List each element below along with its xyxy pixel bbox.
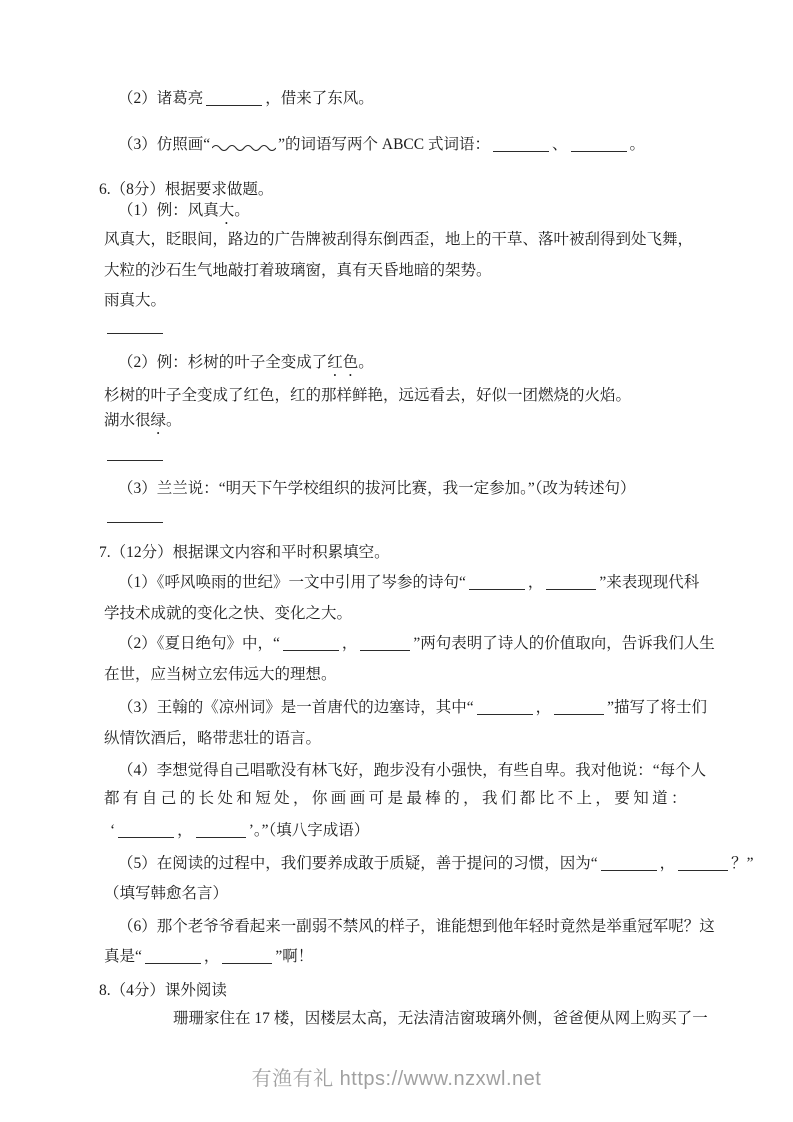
q6-item-2: （2）例：杉树的叶子全变成了红色。: [118, 352, 374, 380]
answer-blank: [678, 856, 728, 871]
text-segment: 纵情饮酒后，略带悲壮的语言。: [104, 730, 321, 747]
wavy-underline-blank: [212, 136, 276, 158]
text-segment: （2）例：杉树的叶子全变成了: [118, 354, 327, 371]
q7-item-2: （2）《夏日绝句》中，“，”两句表明了诗人的价值取向，告诉我们人生: [118, 633, 715, 655]
q7-item-1-continued: 学技术成就的变化之快、变化之大。: [104, 603, 352, 625]
q7-item-3: （3）王翰的《凉州词》是一首唐代的边塞诗，其中“，”描写了将士们: [118, 697, 707, 719]
text-segment: ’。”（填八字成语）: [249, 822, 370, 839]
text-segment: 都有自己的长处和短处，你画画可是最棒的，我们都比不上，要知道：: [104, 790, 690, 807]
q8-reading-passage-line: 珊珊家住在 17 楼，因楼层太高，无法清洁窗玻璃外侧，爸爸便从网上购买了一: [173, 1008, 708, 1030]
answer-blank: [477, 700, 533, 715]
q7-item-4-answer-line: ‘，’。”（填八字成语）: [110, 820, 369, 842]
q7-item-4: （4）李想觉得自己唱歌没有林飞好，跑步没有小强快，有些自卑。我对他说：“每个人: [118, 760, 706, 782]
text-segment: 珊珊家住在 17 楼，因楼层太高，无法清洁窗玻璃外侧，爸爸便从网上购买了一: [173, 1010, 708, 1027]
answer-blank: [145, 949, 201, 964]
q7-item-4-continued: 都有自己的长处和短处，你画画可是最棒的，我们都比不上，要知道：: [104, 788, 690, 810]
q7-item-5: （5）在阅读的过程中，我们要养成敢于质疑，善于提问的习惯，因为“，？”: [118, 853, 754, 875]
answer-blank: [571, 137, 627, 152]
q6-example-paragraph-line: 大粒的沙石生气地敲打着玻璃窗，真有天昏地暗的架势。: [104, 260, 492, 282]
text-segment: ，: [528, 574, 544, 591]
text-segment: ‘: [110, 822, 115, 839]
exam-page: （2）诸葛亮，借来了东风。 （3）仿照画“”的词语写两个 ABCC 式词语：、。…: [0, 0, 793, 1122]
text-segment: ”来表现现代科: [599, 574, 699, 591]
q6-answer-line: [104, 505, 166, 527]
answer-blank: [601, 856, 657, 871]
q8-header: 8.（4分）课外阅读: [99, 980, 227, 1002]
q7-item-2-continued: 在世，应当树立宏伟远大的理想。: [104, 664, 337, 686]
answer-blank: [222, 949, 272, 964]
question-number-text: 6.（8分）根据要求做题。: [99, 181, 273, 198]
emphasized-char: 绿: [151, 412, 167, 429]
text-segment: ”啊！: [275, 948, 313, 965]
text-segment: （3）兰兰说：“明天下午学校组织的拔河比赛，我一定参加。”（改为转述句）: [118, 480, 636, 497]
q6-answer-line: [104, 443, 166, 465]
question-number-text: 8.（4分）课外阅读: [99, 982, 227, 999]
text-segment: （1）例：风真: [118, 202, 219, 219]
text-segment: 、: [552, 136, 568, 153]
q6-header: 6.（8分）根据要求做题。: [99, 179, 273, 201]
text-segment: 大粒的沙石生气地敲打着玻璃窗，真有天昏地暗的架势。: [104, 262, 492, 279]
answer-blank: [107, 508, 163, 523]
q7-header: 7.（12分）根据课文内容和平时积累填空。: [99, 542, 390, 564]
text-segment: （2）诸葛亮: [118, 90, 203, 107]
text-segment: 真是“: [104, 948, 142, 965]
text-segment: ，: [342, 635, 358, 652]
answer-blank: [118, 823, 174, 838]
text-segment: ”描写了将士们: [607, 699, 707, 716]
answer-blank: [469, 575, 525, 590]
text-segment: 在世，应当树立宏伟远大的理想。: [104, 666, 337, 683]
q7-item-5-note: （填写韩愈名言）: [104, 883, 228, 905]
text-segment: ？”: [731, 855, 753, 872]
answer-blank: [107, 446, 163, 461]
text-segment: ，: [177, 822, 193, 839]
text-segment: 学技术成就的变化之快、变化之大。: [104, 605, 352, 622]
text-segment: （6）那个老爷爷看起来一副弱不禁风的样子，谁能想到他年轻时竟然是举重冠军呢？这: [118, 918, 715, 935]
q6-prompt-line: 湖水很绿。: [104, 410, 182, 438]
text-segment: ，: [204, 948, 220, 965]
text-segment: （2）《夏日绝句》中，“: [118, 635, 280, 652]
text-segment: 湖水很: [104, 412, 151, 429]
text-segment: 。: [630, 136, 646, 153]
text-segment: 杉树的叶子全变成了红色，红的那样鲜艳，远远看去，好似一团燃烧的火焰。: [104, 387, 631, 404]
text-segment: 。: [358, 354, 374, 371]
text-segment: （填写韩愈名言）: [104, 885, 228, 902]
text-segment: 雨真大。: [104, 292, 166, 309]
answer-blank: [554, 700, 604, 715]
q6-item-1: （1）例：风真大。: [118, 200, 250, 228]
text-segment: ，: [536, 699, 552, 716]
text-segment: （5）在阅读的过程中，我们要养成敢于质疑，善于提问的习惯，因为“: [118, 855, 598, 872]
q6-answer-line: [104, 316, 166, 338]
text-segment: （1）《呼风唤雨的世纪》一文中引用了岑参的诗句“: [118, 574, 466, 591]
text-segment: ，: [660, 855, 676, 872]
text-segment: 风真大，眨眼间，路边的广告牌被刮得东倒西歪，地上的干草、落叶被刮得到处飞舞，: [104, 231, 693, 248]
footer-text: 有渔有礼 https://www.nzxwl.net: [252, 1068, 542, 1090]
text-segment: ”的词语写两个 ABCC 式词语：: [278, 136, 490, 153]
answer-blank: [546, 575, 596, 590]
text-segment: 。: [234, 202, 250, 219]
text-segment: （3）仿照画“: [118, 136, 210, 153]
q5-item-2: （2）诸葛亮，借来了东风。: [118, 88, 374, 110]
q6-example-paragraph-line: 杉树的叶子全变成了红色，红的那样鲜艳，远远看去，好似一团燃烧的火焰。: [104, 385, 631, 407]
question-number-text: 7.（12分）根据课文内容和平时积累填空。: [99, 544, 390, 561]
q7-item-1: （1）《呼风唤雨的世纪》一文中引用了岑参的诗句“，”来表现现代科: [118, 572, 699, 594]
answer-blank: [107, 319, 163, 334]
text-segment: （3）王翰的《凉州词》是一首唐代的边塞诗，其中“: [118, 699, 474, 716]
text-segment: ”两句表明了诗人的价值取向，告诉我们人生: [413, 635, 714, 652]
answer-blank: [283, 636, 339, 651]
q6-example-paragraph-line: 风真大，眨眼间，路边的广告牌被刮得东倒西歪，地上的干草、落叶被刮得到处飞舞，: [104, 229, 693, 251]
text-segment: ，借来了东风。: [265, 90, 374, 107]
answer-blank: [196, 823, 246, 838]
q7-item-3-continued: 纵情饮酒后，略带悲壮的语言。: [104, 728, 321, 750]
text-segment: （4）李想觉得自己唱歌没有林飞好，跑步没有小强快，有些自卑。我对他说：“每个人: [118, 762, 706, 779]
answer-blank: [360, 636, 410, 651]
q6-prompt-line: 雨真大。: [104, 290, 166, 312]
text-segment: 。: [166, 412, 182, 429]
footer-watermark: 有渔有礼 https://www.nzxwl.net: [0, 1062, 793, 1091]
q7-item-6: （6）那个老爷爷看起来一副弱不禁风的样子，谁能想到他年轻时竟然是举重冠军呢？这: [118, 916, 715, 938]
q5-item-3: （3）仿照画“”的词语写两个 ABCC 式词语：、。: [118, 134, 645, 158]
answer-blank: [493, 137, 549, 152]
q7-item-6-continued: 真是“，”啊！: [104, 946, 313, 968]
emphasized-chars: 红色: [327, 354, 358, 371]
q6-item-3: （3）兰兰说：“明天下午学校组织的拔河比赛，我一定参加。”（改为转述句）: [118, 478, 636, 500]
emphasized-char: 大: [219, 202, 235, 219]
answer-blank: [206, 91, 262, 106]
